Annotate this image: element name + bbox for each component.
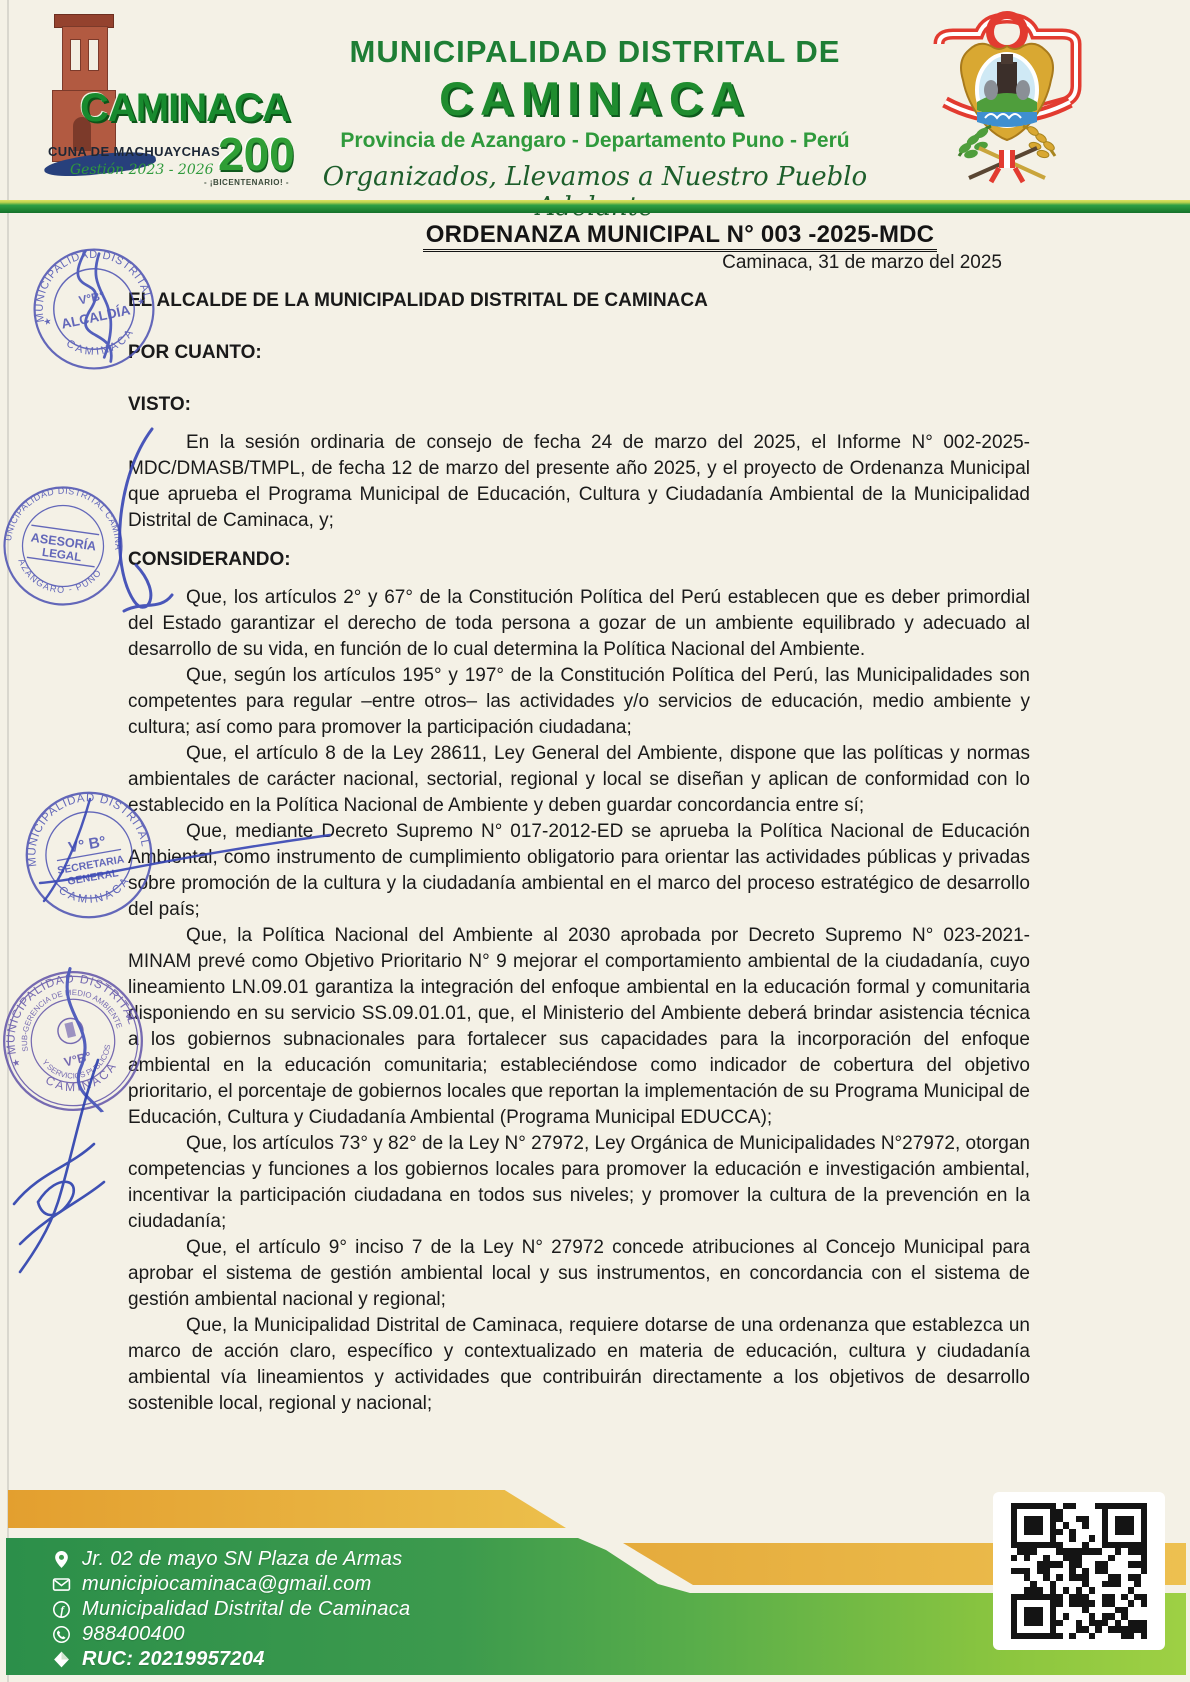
- logo-tagline: CUNA DE MACHUAYCHAS: [48, 144, 220, 159]
- scan-edge-artifact: [7, 0, 9, 1682]
- considerando-paragraph: Que, la Política Nacional del Ambiente a…: [128, 923, 1030, 1131]
- svg-text:★: ★: [43, 316, 53, 327]
- considerando-paragraph: Que, según los artículos 195° y 197° de …: [128, 663, 1030, 741]
- por-cuanto-label: POR CUANTO:: [128, 340, 1030, 366]
- municipal-logo: CAMINACA CUNA DE MACHUAYCHAS Gestión 202…: [18, 12, 293, 192]
- tower-window: [70, 39, 81, 71]
- dateline: Caminaca, 31 de marzo del 2025: [620, 252, 1002, 274]
- logo-wordmark: CAMINACA: [80, 86, 290, 131]
- header-divider-bar: [0, 200, 1190, 213]
- considerando-paragraph: Que, los artículos 73° y 82° de la Ley N…: [128, 1131, 1030, 1235]
- addressee-line: EL ALCALDE DE LA MUNICIPALIDAD DISTRITAL…: [128, 288, 1030, 314]
- org-line: MUNICIPALIDAD DISTRITAL DE: [280, 34, 910, 70]
- contact-phone-row: 988400400: [52, 1624, 410, 1645]
- considerando-label: CONSIDERANDO:: [128, 547, 1030, 573]
- scanned-ordinance-page: { "page": { "background": "#f4f1e6", "ac…: [0, 0, 1190, 1682]
- location-pin-icon: [52, 1550, 71, 1569]
- email-icon: [52, 1575, 71, 1594]
- logo-term: Gestión 2023 - 2026: [70, 162, 214, 178]
- phone-icon: [52, 1625, 71, 1644]
- document-title-block: ORDENANZA MUNICIPAL N° 003 -2025-MDC: [380, 221, 980, 249]
- signature-cross-stroke: [30, 795, 340, 905]
- document-title: ORDENANZA MUNICIPAL N° 003 -2025-MDC: [423, 221, 937, 252]
- contact-address-row: Jr. 02 de mayo SN Plaza de Armas: [52, 1549, 410, 1570]
- province-line: Provincia de Azangaro - Departamento Pun…: [280, 129, 910, 153]
- visto-paragraph: En la sesión ordinaria de consejo de fec…: [128, 430, 1030, 534]
- tower-belfry: [62, 26, 108, 92]
- ruc-text: RUC: 20219957204: [82, 1648, 265, 1671]
- signature-long: [8, 1052, 108, 1277]
- qr-code-panel: [993, 1492, 1165, 1650]
- qr-code: [1011, 1503, 1147, 1639]
- ruc-icon: [52, 1650, 71, 1669]
- bicentennial-label: - ¡BICENTENARIO! -: [204, 178, 289, 187]
- phone-text: 988400400: [82, 1623, 185, 1646]
- contact-ruc-row: RUC: 20219957204: [52, 1649, 410, 1670]
- considerando-paragraph: Que, los artículos 2° y 67° de la Consti…: [128, 585, 1030, 663]
- facebook-icon: f: [52, 1600, 71, 1619]
- footer-contact-block: Jr. 02 de mayo SN Plaza de Armas municip…: [52, 1549, 410, 1670]
- coat-of-arms: [925, 6, 1090, 188]
- address-text: Jr. 02 de mayo SN Plaza de Armas: [82, 1548, 402, 1571]
- svg-text:f: f: [60, 1604, 65, 1617]
- svg-text:AZANGARO - PUNO: AZANGARO - PUNO: [13, 556, 105, 601]
- svg-text:ALCALDÍA: ALCALDÍA: [60, 302, 132, 332]
- letterhead: MUNICIPALIDAD DISTRITAL DE CAMINACA Prov…: [280, 34, 910, 222]
- considerando-paragraph: Que, la Municipalidad Distrital de Camin…: [128, 1313, 1030, 1417]
- facebook-text: Municipalidad Distrital de Caminaca: [82, 1598, 410, 1621]
- signature: [94, 425, 186, 637]
- org-name: CAMINACA: [280, 71, 910, 126]
- footer-gold-band-left: [8, 1490, 566, 1528]
- visto-label: VISTO:: [128, 392, 1030, 418]
- stamp-alcaldia: MUNICIPALIDAD DISTRITAL CAMINACA V°B° AL…: [18, 231, 171, 387]
- email-text: municipiocaminaca@gmail.com: [82, 1573, 372, 1596]
- considerando-paragraph: Que, el artículo 9° inciso 7 de la Ley N…: [128, 1235, 1030, 1313]
- tower-window: [88, 39, 99, 71]
- contact-facebook-row: f Municipalidad Distrital de Caminaca: [52, 1599, 410, 1620]
- svg-text:CAMINACA: CAMINACA: [62, 324, 141, 365]
- slogan: Organizados, Llevamos a Nuestro Pueblo A…: [280, 162, 910, 222]
- contact-email-row: municipiocaminaca@gmail.com: [52, 1574, 410, 1595]
